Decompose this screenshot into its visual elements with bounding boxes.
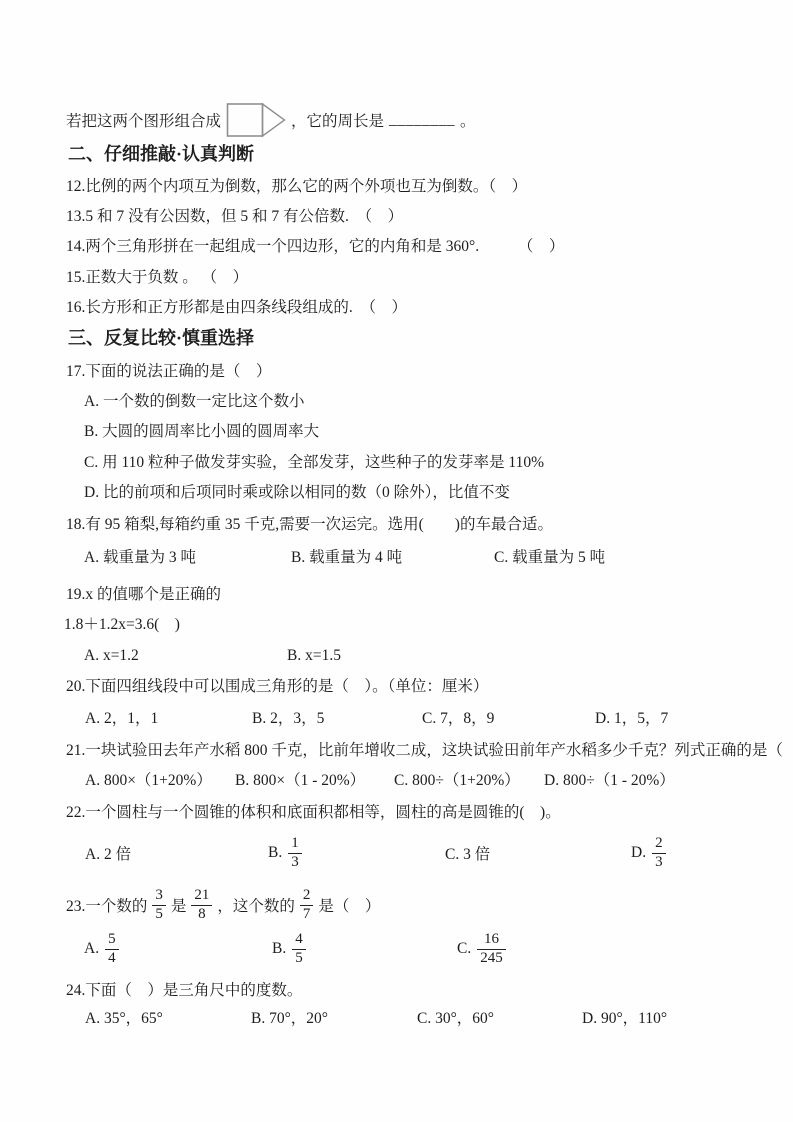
question-12: 12.比例的两个内项互为倒数，那么它的两个外项也互为倒数。（ ） (66, 176, 527, 198)
question-15: 15.正数大于负数 。 （ ） (66, 267, 248, 289)
q22-option-a-text: A. 2 倍 (85, 842, 131, 864)
q22-stem: 22.一个圆柱与一个圆锥的体积和底面积都相等，圆柱的高是圆锥的( )。 (66, 802, 561, 824)
q22-option-b-label: B. (268, 844, 282, 862)
q23-stem-part1: 23.一个数的 (66, 894, 147, 916)
q23-option-c-label: C. (457, 940, 471, 958)
q22-option-c-text: C. 3 倍 (445, 842, 490, 864)
fraction-two-thirds: 2 3 (652, 835, 666, 871)
q19-options: A. x=1.2 B. x=1.5 (0, 645, 793, 669)
q17-option-c: C. 用 110 粒种子做发芽实验，全部发芽，这些种子的发芽率是 110% (84, 452, 544, 474)
q22-option-d-label: D. (631, 844, 646, 862)
section-judge-title: 二、仔细推敲·认真判断 (68, 143, 254, 165)
square-triangle-shape-icon (226, 101, 286, 139)
section-choice-title: 三、反复比较·慎重选择 (68, 327, 254, 349)
q21-stem: 21.一块试验田去年产水稻 800 千克，比前年增收二成，这块试验田前年产水稻多… (66, 740, 793, 762)
q22-option-a: A. 2 倍 (85, 830, 131, 876)
q20-option-c: C. 7，8，9 (422, 708, 494, 730)
fraction-twentyone-eighths: 21 8 (191, 887, 212, 923)
q17-option-a: A. 一个数的倒数一定比这个数小 (84, 391, 304, 413)
answer-blank: ________ (389, 111, 455, 129)
question-13: 13.5 和 7 没有公因数，但 5 和 7 有公倍数. （ ） (66, 206, 403, 228)
q19-stem: 19.x 的值哪个是正确的 (66, 584, 221, 606)
q18-options: A. 载重量为 3 吨 B. 载重量为 4 吨 C. 载重量为 5 吨 (0, 547, 793, 571)
q23-option-a: A. 5 4 (84, 926, 119, 972)
q23-options: A. 5 4 B. 4 5 C. 16 245 (0, 926, 793, 972)
q19-option-a: A. x=1.2 (84, 645, 139, 667)
q23-option-b: B. 4 5 (272, 926, 306, 972)
q24-option-c: C. 30°，60° (417, 1008, 494, 1030)
q22-option-c: C. 3 倍 (445, 830, 490, 876)
q20-option-d: D. 1，5，7 (595, 708, 668, 730)
q23-stem: 23.一个数的 3 5 是 21 8 ，这个数的 2 7 是（ ） (66, 882, 380, 928)
fraction-sixteen-245ths: 16 245 (477, 931, 506, 967)
fraction-four-fifths: 4 5 (292, 931, 306, 967)
q19-option-b: B. x=1.5 (287, 645, 341, 667)
q20-option-a: A. 2，1，1 (85, 708, 158, 730)
q18-stem: 18.有 95 箱梨,每箱约重 35 千克,需要一次运完。选用( )的车最合适。 (66, 514, 553, 536)
fraction-five-fourths: 5 4 (105, 931, 119, 967)
q21-option-d: D. 800÷（1 - 20%） (544, 770, 675, 792)
q23-option-b-label: B. (272, 940, 286, 958)
q18-option-a: A. 载重量为 3 吨 (84, 547, 196, 569)
q23-option-c: C. 16 245 (457, 926, 506, 972)
question-16: 16.长方形和正方形都是由四条线段组成的. （ ） (66, 297, 407, 319)
fraction-one-third: 1 3 (288, 835, 302, 871)
q17-option-b: B. 大圆的圆周率比小圆的圆周率大 (84, 421, 319, 443)
question-14: 14.两个三角形拼在一起组成一个四边形，它的内角和是 360°. （ ） (66, 236, 564, 258)
q17-stem: 17.下面的说法正确的是（ ） (66, 361, 271, 383)
q24-option-d: D. 90°，110° (582, 1008, 667, 1030)
q22-options: A. 2 倍 B. 1 3 C. 3 倍 D. 2 3 (0, 830, 793, 876)
q23-option-a-label: A. (84, 940, 99, 958)
exam-page: 若把这两个图形组合成 ，它的周长是 ________ 。 二、仔细推敲·认真判断… (0, 0, 793, 1122)
q24-options: A. 35°，65° B. 70°，20° C. 30°，60° D. 90°，… (0, 1008, 793, 1032)
q22-option-d: D. 2 3 (631, 830, 666, 876)
q23-stem-part2: 是 (171, 894, 187, 916)
q18-option-c: C. 载重量为 5 吨 (494, 547, 605, 569)
q23-stem-part3: ，这个数的 (217, 894, 295, 916)
intro-text-before: 若把这两个图形组合成 (66, 109, 221, 131)
q17-option-d: D. 比的前项和后项同时乘或除以相同的数（0 除外），比值不变 (84, 482, 510, 504)
intro-end-mark: 。 (460, 109, 476, 131)
q20-option-b: B. 2，3，5 (252, 708, 324, 730)
q24-option-b: B. 70°，20° (251, 1008, 328, 1030)
q20-stem: 20.下面四组线段中可以围成三角形的是（ ）。（单位：厘米） (66, 676, 488, 698)
q20-options: A. 2，1，1 B. 2，3，5 C. 7，8，9 D. 1，5，7 (0, 708, 793, 732)
intro-text-after: ，它的周长是 (291, 109, 384, 131)
q21-option-b: B. 800×（1 - 20%） (235, 770, 365, 792)
q18-option-b: B. 载重量为 4 吨 (291, 547, 402, 569)
q19-equation: 1.8＋1.2x=3.6( ) (64, 614, 180, 636)
q21-option-c: C. 800÷（1+20%） (394, 770, 520, 792)
q22-option-b: B. 1 3 (268, 830, 302, 876)
fraction-three-fifths: 3 5 (152, 887, 166, 923)
q24-stem: 24.下面（ ）是三角尺中的度数。 (66, 980, 302, 1002)
q23-stem-part4: 是（ ） (318, 894, 380, 916)
q21-options: A. 800×（1+20%） B. 800×（1 - 20%） C. 800÷（… (0, 770, 793, 794)
q21-option-a: A. 800×（1+20%） (85, 770, 212, 792)
q24-option-a: A. 35°，65° (85, 1008, 163, 1030)
fraction-two-sevenths: 2 7 (300, 887, 314, 923)
question-11-line: 若把这两个图形组合成 ，它的周长是 ________ 。 (66, 98, 476, 142)
